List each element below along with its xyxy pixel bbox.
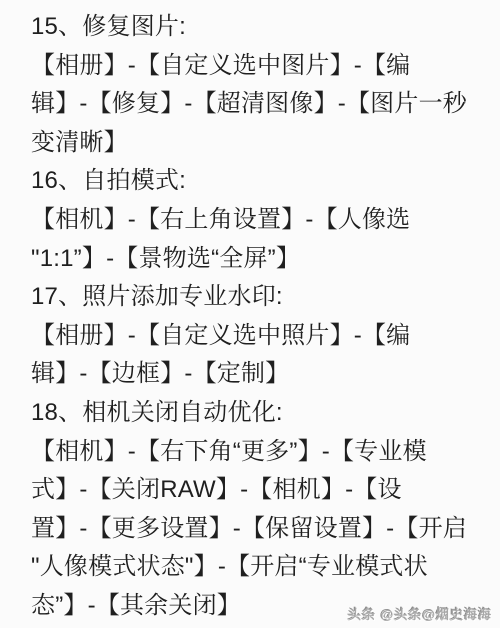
tip-18-step-line: 【相机】-【右下角“更多”】-【专业模	[31, 433, 488, 472]
tip-17-heading: 17、照片添加专业水印:	[31, 278, 488, 317]
tip-16: 16、自拍模式:【相机】-【右上角设置】-【人像选"1:1”】-【景物选“全屏”…	[31, 162, 488, 278]
tip-16-step-line: 【相机】-【右上角设置】-【人像选	[31, 201, 488, 240]
tip-18-heading: 18、相机关闭自动优化:	[31, 394, 488, 433]
tip-15-step-line: 【相册】-【自定义选中图片】-【编	[31, 47, 488, 86]
tip-17-step-line: 辑】-【边框】-【定制】	[31, 355, 488, 394]
camera-tips-text-block: 15、修复图片:【相册】-【自定义选中图片】-【编辑】-【修复】-【超清图像】-…	[31, 8, 488, 626]
tip-18: 18、相机关闭自动优化:【相机】-【右下角“更多”】-【专业模式】-【关闭RAW…	[31, 394, 488, 626]
tip-18-step-line: 式】-【关闭RAW】-【相机】-【设	[31, 471, 488, 510]
tip-15-step-line: 变清晰】	[31, 124, 488, 163]
tip-15-step-line: 辑】-【修复】-【超清图像】-【图片一秒	[31, 85, 488, 124]
toutiao-watermark: 头条 @头条@烟史海海	[348, 604, 492, 623]
tip-15: 15、修复图片:【相册】-【自定义选中图片】-【编辑】-【修复】-【超清图像】-…	[31, 8, 488, 162]
tip-17: 17、照片添加专业水印:【相册】-【自定义选中照片】-【编辑】-【边框】-【定制…	[31, 278, 488, 394]
tip-15-heading: 15、修复图片:	[31, 8, 488, 47]
tip-17-step-line: 【相册】-【自定义选中照片】-【编	[31, 317, 488, 356]
tip-18-step-line: 置】-【更多设置】-【保留设置】-【开启	[31, 510, 488, 549]
tip-18-step-line: "人像模式状态"】-【开启“专业模式状	[31, 548, 488, 587]
tip-16-step-line: "1:1”】-【景物选“全屏”】	[31, 240, 488, 279]
tip-16-heading: 16、自拍模式:	[31, 162, 488, 201]
